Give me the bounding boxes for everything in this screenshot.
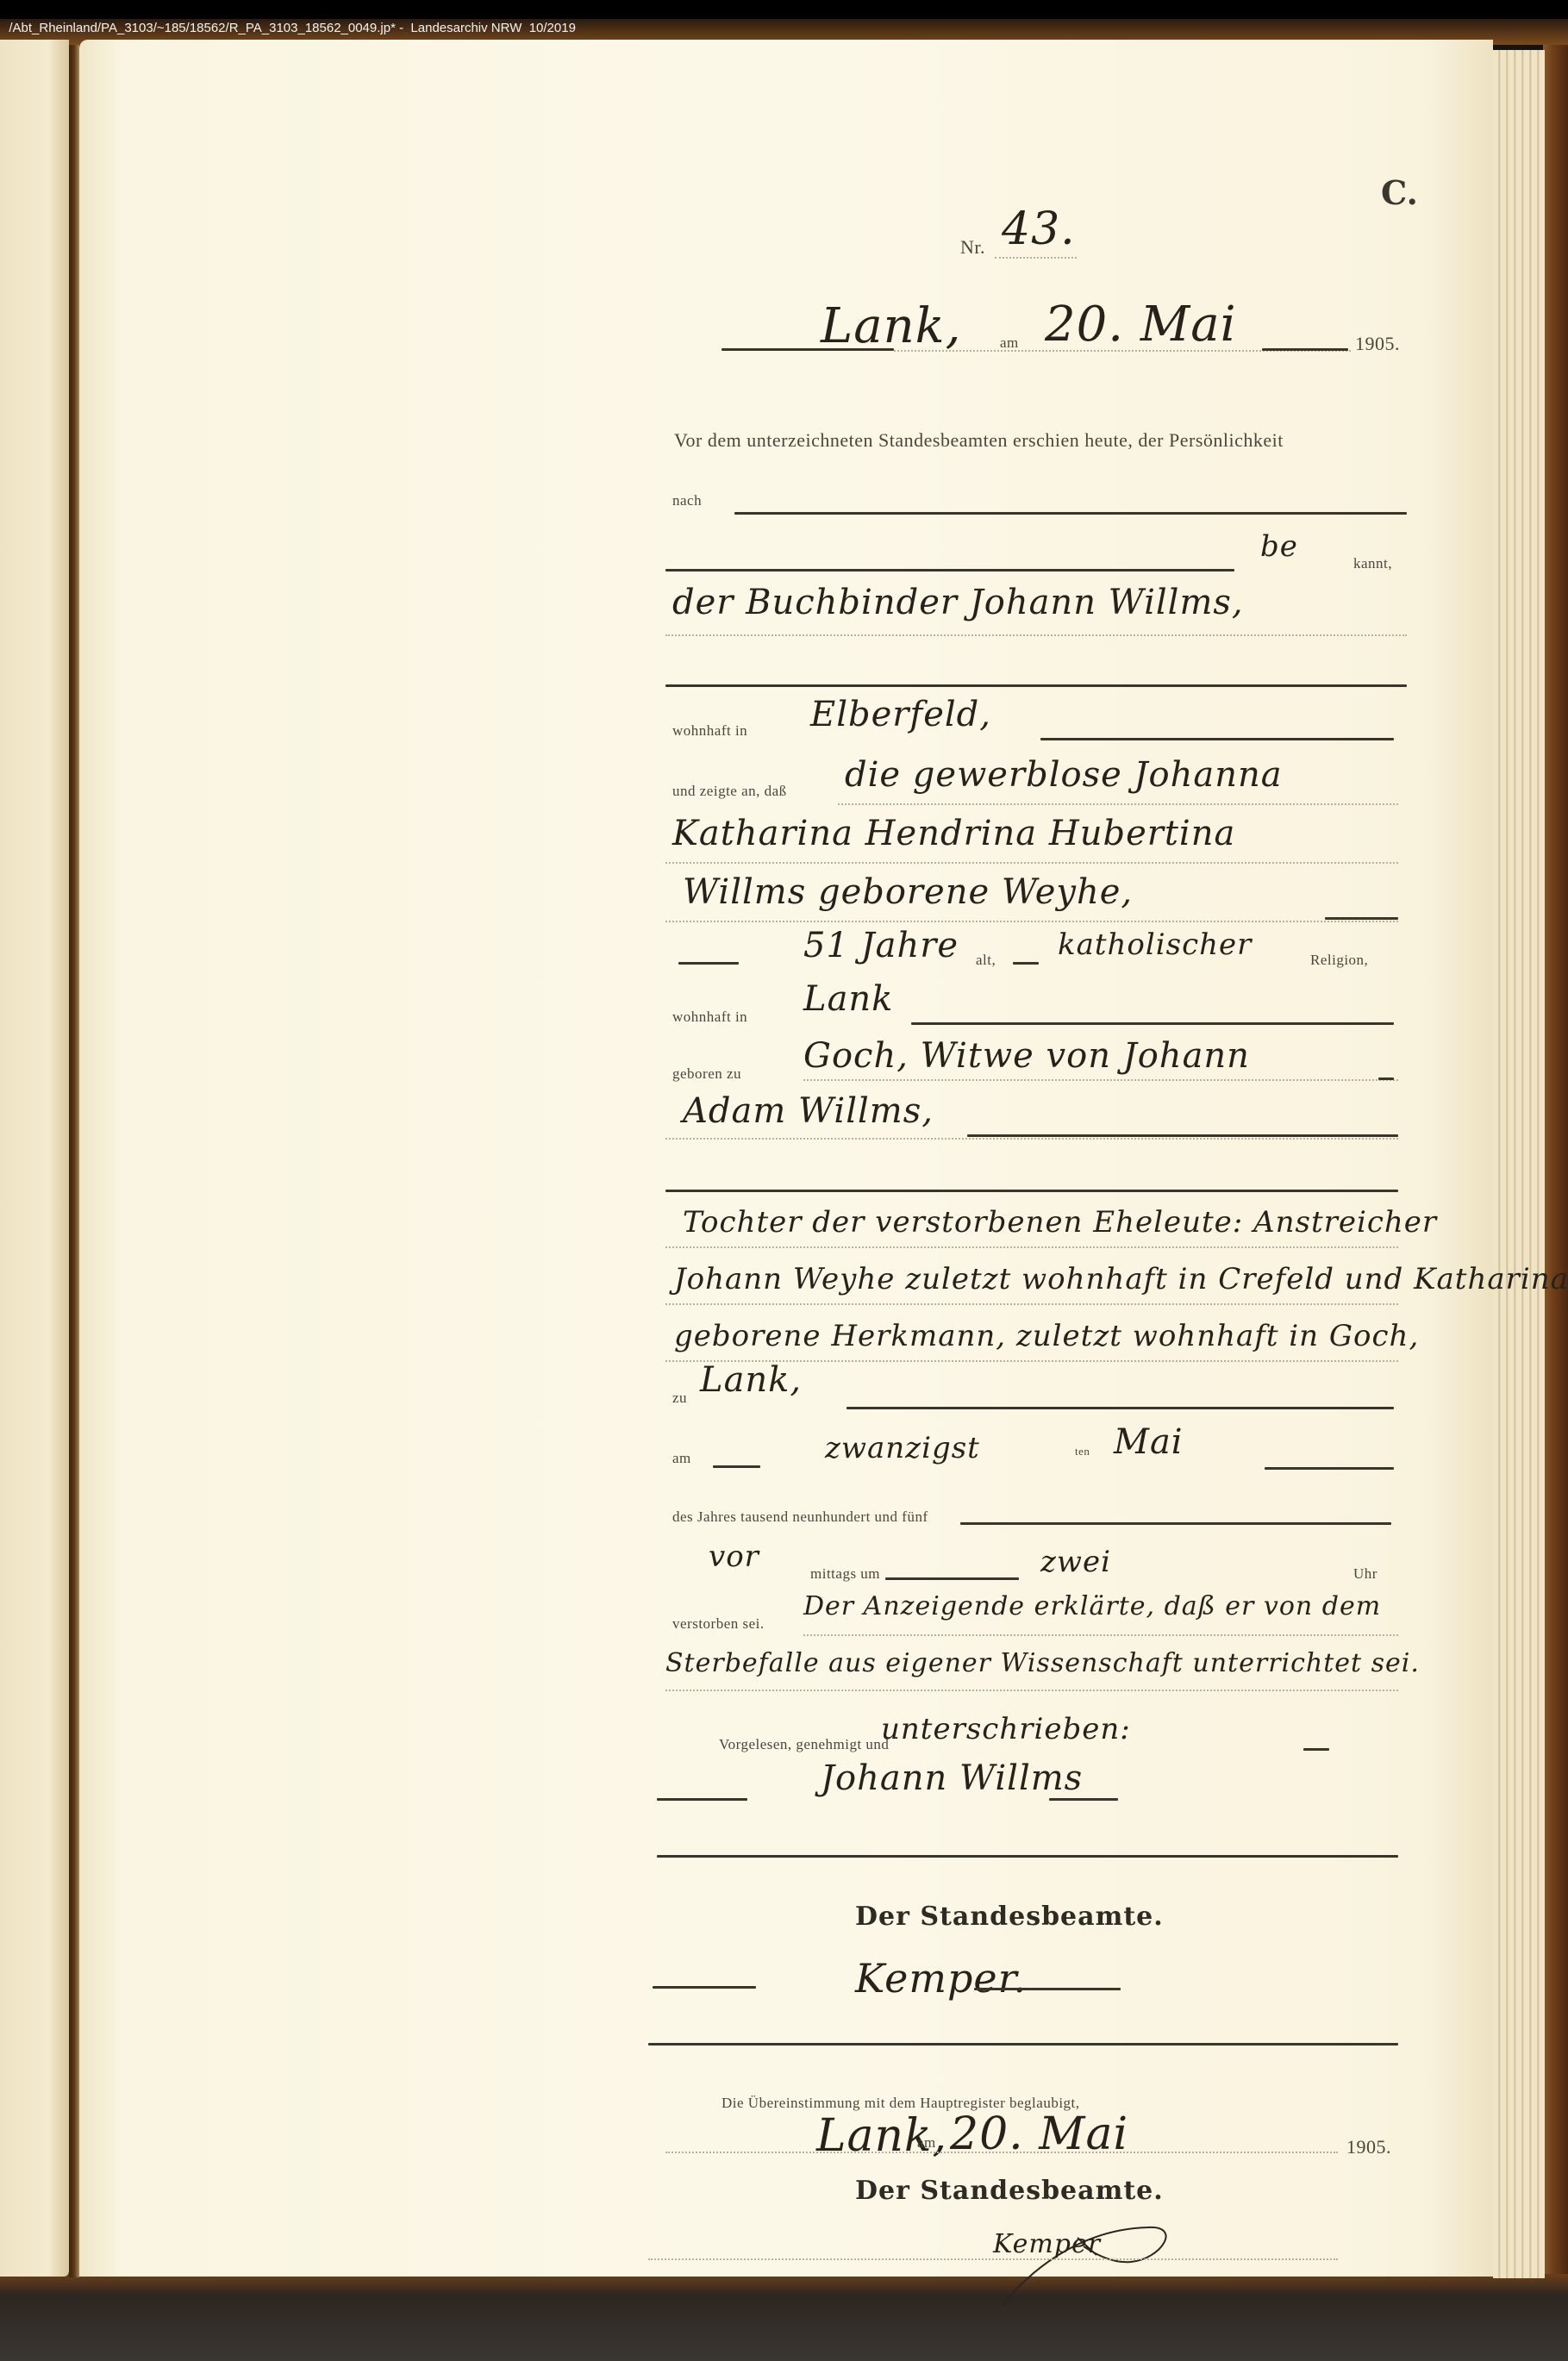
rule xyxy=(974,1988,1121,1990)
rule xyxy=(967,1134,1398,1137)
parents-line-1: Tochter der verstorbenen Eheleute: Anstr… xyxy=(683,1205,1437,1240)
rule xyxy=(1325,917,1398,920)
deceased-residence: Lank xyxy=(803,979,893,1019)
informant-residence: Elberfeld, xyxy=(810,695,991,734)
death-day: zwanzigst xyxy=(825,1431,980,1465)
cert-date: 20. Mai xyxy=(950,2108,1128,2160)
deceased-line-2: Katharina Hendrina Hubertina xyxy=(672,814,1235,853)
alt-label: alt, xyxy=(976,952,996,969)
ten-label: ten xyxy=(1075,1445,1090,1458)
number-label: Nr. xyxy=(960,236,985,259)
rule xyxy=(911,1022,1394,1025)
nach-label: nach xyxy=(672,492,702,509)
zu-label: zu xyxy=(672,1390,687,1407)
mittags-label: mittags um xyxy=(810,1565,880,1583)
dotted-line xyxy=(838,803,1398,805)
dotted-line xyxy=(665,921,1398,922)
rule xyxy=(665,684,1407,687)
rule xyxy=(665,1190,1398,1192)
vorgelesen-value: unterschrieben: xyxy=(881,1712,1131,1746)
rule xyxy=(1013,962,1039,965)
religion-value: katholischer xyxy=(1058,928,1252,962)
vorgelesen-label: Vorgelesen, genehmigt und xyxy=(719,1736,889,1753)
am-label: am xyxy=(672,1450,691,1467)
dotted-line xyxy=(665,1138,1398,1140)
birthplace-line-2: Adam Willms, xyxy=(683,1091,934,1131)
death-place: Lank, xyxy=(700,1360,802,1400)
rule xyxy=(653,1986,756,1989)
register-section-letter: C. xyxy=(1381,173,1418,212)
dotted-line xyxy=(803,1079,1398,1081)
scan-image: C. Nr. 43. Lank, am 20. Mai 1905. Vor de… xyxy=(0,19,1568,2361)
rule xyxy=(657,1798,747,1801)
book-binding-bottom xyxy=(0,2274,1568,2361)
religion-label: Religion, xyxy=(1310,952,1368,969)
parents-line-2: Johann Weyhe zuletzt wohnhaft in Crefeld… xyxy=(674,1262,1568,1296)
rule xyxy=(678,962,739,965)
rule xyxy=(734,512,1407,515)
header-place: Lank, xyxy=(821,298,961,354)
window-title-bar: /Abt_Rheinland/PA_3103/~185/18562/R_PA_3… xyxy=(0,0,1568,19)
dotted-line xyxy=(665,1246,1398,1248)
dotted-line xyxy=(665,862,1398,864)
zeigte-label: und zeigte an, daß xyxy=(672,783,787,800)
signature-flourish-icon xyxy=(976,2220,1200,2324)
rule xyxy=(648,2043,1398,2046)
age-value: 51 Jahre xyxy=(803,926,959,965)
birthplace-line-1: Goch, Witwe von Johann xyxy=(803,1036,1250,1076)
registrar-signature: Kemper. xyxy=(855,1955,1027,2002)
year-line: des Jahres tausend neunhundert und fünf xyxy=(672,1508,928,1526)
window-title: /Abt_Rheinland/PA_3103/~185/18562/R_PA_3… xyxy=(9,21,576,35)
deceased-line-1: die gewerblose Johanna xyxy=(845,755,1283,795)
deceased-line-3: Willms geborene Weyhe, xyxy=(683,872,1133,912)
rule xyxy=(1049,1798,1118,1801)
kannt-label: kannt, xyxy=(1353,555,1392,572)
book-binding-right xyxy=(1543,45,1568,2286)
cert-registrar-heading: Der Standesbeamte. xyxy=(855,2176,1164,2206)
wohnhaft-label-2: wohnhaft in xyxy=(672,1009,747,1026)
parents-line-3: geborene Herkmann, zuletzt wohnhaft in G… xyxy=(674,1319,1419,1353)
header-year: 1905. xyxy=(1355,333,1400,355)
verstorben-label: verstorben sei. xyxy=(672,1615,765,1633)
rule xyxy=(846,1407,1394,1409)
number-dotted-line xyxy=(995,257,1077,259)
rule xyxy=(960,1522,1391,1525)
rule xyxy=(1265,1467,1394,1470)
hour-value: zwei xyxy=(1040,1545,1111,1579)
ampm-value: vor xyxy=(709,1540,759,1574)
informant-signature: Johann Willms xyxy=(821,1758,1083,1798)
intro-line: Vor dem unterzeichneten Standesbeamten e… xyxy=(674,429,1284,452)
header-date: 20. Mai xyxy=(1045,297,1237,353)
uhr-label: Uhr xyxy=(1353,1565,1377,1583)
rule xyxy=(1040,738,1394,740)
rule xyxy=(665,569,1234,572)
rule xyxy=(1303,1748,1329,1751)
previous-page-edge xyxy=(0,40,69,2277)
cert-am-label: am xyxy=(917,2134,936,2152)
rule xyxy=(657,1855,1398,1858)
rule xyxy=(885,1577,1019,1580)
informant-name: der Buchbinder Johann Willms, xyxy=(672,583,1244,622)
statement-line-2: Sterbefalle aus eigener Wissenschaft unt… xyxy=(665,1648,1420,1678)
cert-year: 1905. xyxy=(1346,2136,1391,2158)
record-number: 43. xyxy=(1002,203,1076,255)
registrar-heading: Der Standesbeamte. xyxy=(855,1902,1164,1932)
geboren-label: geboren zu xyxy=(672,1065,741,1083)
dotted-line xyxy=(665,1303,1398,1305)
rule xyxy=(1378,1077,1394,1080)
rule xyxy=(713,1465,760,1468)
stacked-page-edges xyxy=(1493,50,1545,2278)
rule xyxy=(1262,348,1348,351)
dotted-line xyxy=(665,1690,1398,1691)
wohnhaft-label: wohnhaft in xyxy=(672,722,747,740)
death-month: Mai xyxy=(1114,1422,1184,1462)
dotted-line xyxy=(648,2258,1338,2260)
dotted-line xyxy=(665,634,1407,636)
register-page: C. Nr. 43. Lank, am 20. Mai 1905. Vor de… xyxy=(79,40,1493,2277)
header-am-label: am xyxy=(1000,334,1019,352)
death-record-form: C. Nr. 43. Lank, am 20. Mai 1905. Vor de… xyxy=(79,40,1493,2277)
book-gutter xyxy=(69,45,79,2277)
dotted-line xyxy=(803,1634,1398,1636)
kannt-prefix: be xyxy=(1260,529,1298,564)
statement-line-1: Der Anzeigende erklärte, daß er von dem xyxy=(803,1591,1381,1621)
